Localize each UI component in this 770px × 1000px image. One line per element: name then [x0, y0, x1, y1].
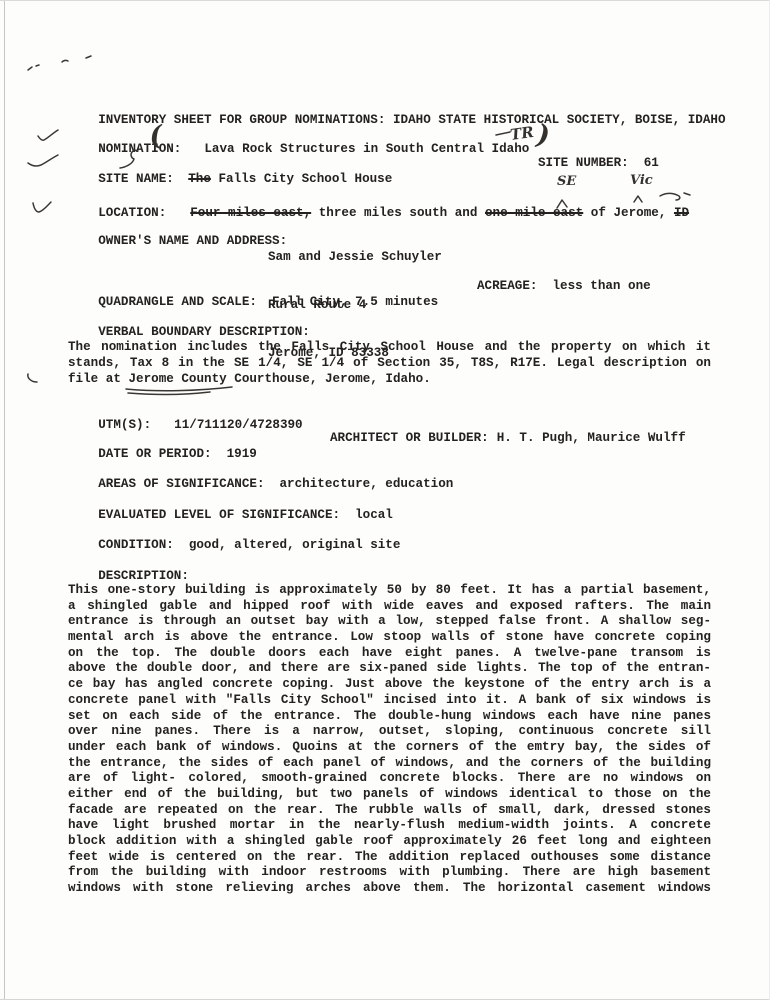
verbal-boundary-paragraph: The nomination includes the Falls City S…	[68, 339, 711, 387]
areas-label: AREAS OF SIGNIFICANCE:	[98, 477, 264, 491]
owner-line: OWNER'S NAME AND ADDRESS: Sam and Jessie…	[68, 217, 711, 281]
site-number-group: SITE NUMBER:61	[538, 155, 659, 171]
condition-value: good, altered, original site	[189, 538, 401, 552]
description-line: entrance is through an outset bay with a…	[68, 614, 711, 630]
description-line: windows with stone relieving arches abov…	[68, 881, 711, 897]
description-line: under each bank of windows. Quoins at th…	[68, 740, 711, 756]
scan-edge-left	[4, 0, 5, 1000]
description-paragraph: This one-story building is approximately…	[68, 583, 711, 897]
architect-value: H. T. Pugh, Maurice Wulff	[497, 431, 686, 445]
verbal-boundary-label: VERBAL BOUNDARY DESCRIPTION:	[98, 325, 310, 339]
description-label: DESCRIPTION:	[98, 569, 189, 583]
owner-label: OWNER'S NAME AND ADDRESS:	[98, 234, 287, 248]
nomination-label: NOMINATION:	[98, 142, 181, 156]
evaluated-value: local	[355, 508, 393, 522]
description-line: mental arch is above the entrance. Low s…	[68, 630, 711, 646]
handwritten-underline	[128, 392, 210, 394]
site-name-label: SITE NAME:	[98, 171, 188, 187]
architect-label: ARCHITECT OR BUILDER:	[330, 431, 489, 445]
description-line: concrete panel with "Falls City School" …	[68, 693, 711, 709]
ink-speck	[86, 56, 91, 58]
evaluated-label: EVALUATED LEVEL OF SIGNIFICANCE:	[98, 508, 340, 522]
description-line: the entrance, the sides of each panel of…	[68, 756, 711, 772]
ink-speck	[28, 67, 32, 70]
description-line: on the top. The double doors each have e…	[68, 646, 711, 662]
condition-label: CONDITION:	[98, 538, 174, 552]
quadrangle-label: QUADRANGLE AND SCALE:	[98, 295, 257, 309]
description-line: facade are repeated on the rear. The rub…	[68, 803, 711, 819]
description-line: block addition with a shingled gable roo…	[68, 834, 711, 850]
description-line: above the double door, and there are six…	[68, 661, 711, 677]
description-line: ce bay has angled concrete coping. Just …	[68, 677, 711, 693]
owner-address-line: Sam and Jessie Schuyler	[268, 249, 442, 265]
description-line: over nine panes. There is a narrow, outs…	[68, 724, 711, 740]
site-number-label: SITE NUMBER:	[538, 156, 629, 170]
acreage-value: less than one	[552, 279, 650, 293]
description-line: set on each side of the entrance. The do…	[68, 709, 711, 725]
checkmark-icon	[33, 202, 51, 212]
description-line: This one-story building is approximately…	[68, 583, 711, 599]
verbal-boundary-line: stands, Tax 8 in the SE 1/4, SE 1/4 of S…	[68, 355, 711, 371]
acreage-label: ACREAGE:	[477, 279, 537, 293]
ink-speck	[36, 65, 39, 66]
description-line: either end of the building, but two pane…	[68, 787, 711, 803]
areas-value: architecture, education	[280, 477, 454, 491]
verbal-boundary-line: file at Jerome County Courthouse, Jerome…	[68, 371, 711, 387]
quadrangle-value: Fall City, 7.5 minutes	[272, 295, 438, 309]
verbal-boundary-line: The nomination includes the Falls City S…	[68, 339, 711, 355]
margin-mark	[28, 374, 37, 382]
description-line: have light brushed mortar in the nearly-…	[68, 818, 711, 834]
checkmark-icon	[38, 130, 58, 140]
description-line: from the building with indoor restrooms …	[68, 865, 711, 881]
description-line: a shingled gable and hipped roof with wi…	[68, 599, 711, 615]
site-name-struck-word: The	[188, 172, 211, 186]
inventory-sheet-page: INVENTORY SHEET FOR GROUP NOMINATIONS: I…	[0, 0, 770, 1000]
site-name-value: Falls City School House	[211, 172, 392, 186]
nomination-value: Lava Rock Structures in South Central Id…	[204, 142, 529, 156]
site-number-value: 61	[644, 156, 659, 170]
architect-group: ARCHITECT OR BUILDER:H. T. Pugh, Maurice…	[330, 430, 686, 446]
acreage-group: ACREAGE:less than one	[477, 278, 651, 294]
scan-edge-top	[0, 0, 770, 1]
date-value: 1919	[227, 447, 257, 461]
ink-speck	[62, 60, 68, 62]
description-line: are of light- colored, smooth-grained co…	[68, 771, 711, 787]
handwritten-underline	[126, 387, 232, 391]
checkmark-icon	[28, 155, 58, 166]
description-line: feet wide is centered on the rear. The a…	[68, 850, 711, 866]
date-label: DATE OR PERIOD:	[98, 447, 211, 461]
